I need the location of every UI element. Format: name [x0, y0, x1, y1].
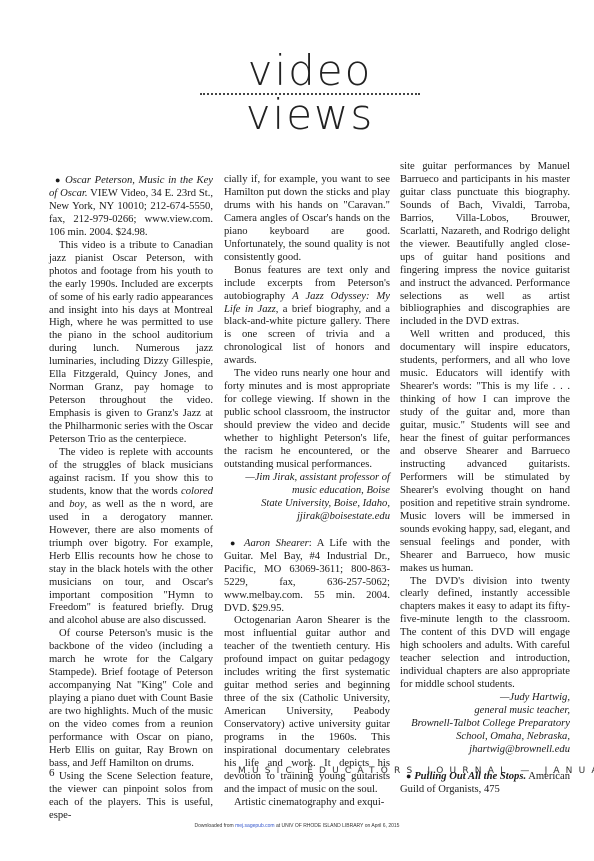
paragraph: Artistic cinematography and exqui-: [224, 797, 390, 810]
bullet-icon: ●: [55, 175, 61, 185]
reviewer-signature: —Jim Jirak, assistant professor of music…: [224, 472, 390, 524]
paragraph: Of course Peterson's music is the backbo…: [49, 628, 213, 770]
reviewer-email: jjirak@boisestate.edu: [297, 511, 390, 522]
column-1: ● Oscar Peterson, Music in the Key of Os…: [49, 174, 213, 823]
section-title-video: video: [200, 52, 420, 90]
column-3: site guitar performances by Manuel Barru…: [400, 161, 570, 797]
download-notice: Downloaded from mej.sagepub.com at UNIV …: [0, 823, 594, 829]
reviewer-email: jhartwig@brownell.edu: [469, 744, 570, 755]
paragraph: The video is replete with accounts of th…: [49, 447, 213, 628]
review-entry-heading: ● Oscar Peterson, Music in the Key of Os…: [49, 174, 213, 240]
paragraph: cially if, for example, you want to see …: [224, 174, 390, 265]
paragraph: Bonus features are text only and include…: [224, 265, 390, 369]
journal-running-footer: MUSIC EDUCATORS JOURNAL — JANUARY 2005: [238, 766, 594, 776]
page-number: 6: [49, 767, 56, 779]
review-title: Aaron Shearer: [244, 538, 309, 549]
paragraph: The DVD's division into twenty clearly d…: [400, 576, 570, 693]
paragraph: This video is a tribute to Canadian jazz…: [49, 240, 213, 447]
download-link[interactable]: mej.sagepub.com: [235, 823, 274, 829]
review-entry-heading: ● Aaron Shearer: A Life with the Guitar.…: [224, 537, 390, 616]
column-2: cially if, for example, you want to see …: [224, 174, 390, 810]
bullet-icon: ●: [230, 538, 238, 548]
paragraph: site guitar performances by Manuel Barru…: [400, 161, 570, 329]
paragraph: The video runs nearly one hour and forty…: [224, 368, 390, 472]
title-divider: [200, 93, 420, 95]
section-title-views: views: [200, 96, 420, 134]
paragraph: Using the Scene Selection feature, the v…: [49, 771, 213, 823]
reviewer-signature: —Judy Hartwig, general music teacher, Br…: [400, 692, 570, 757]
paragraph: Well written and produced, this document…: [400, 329, 570, 575]
